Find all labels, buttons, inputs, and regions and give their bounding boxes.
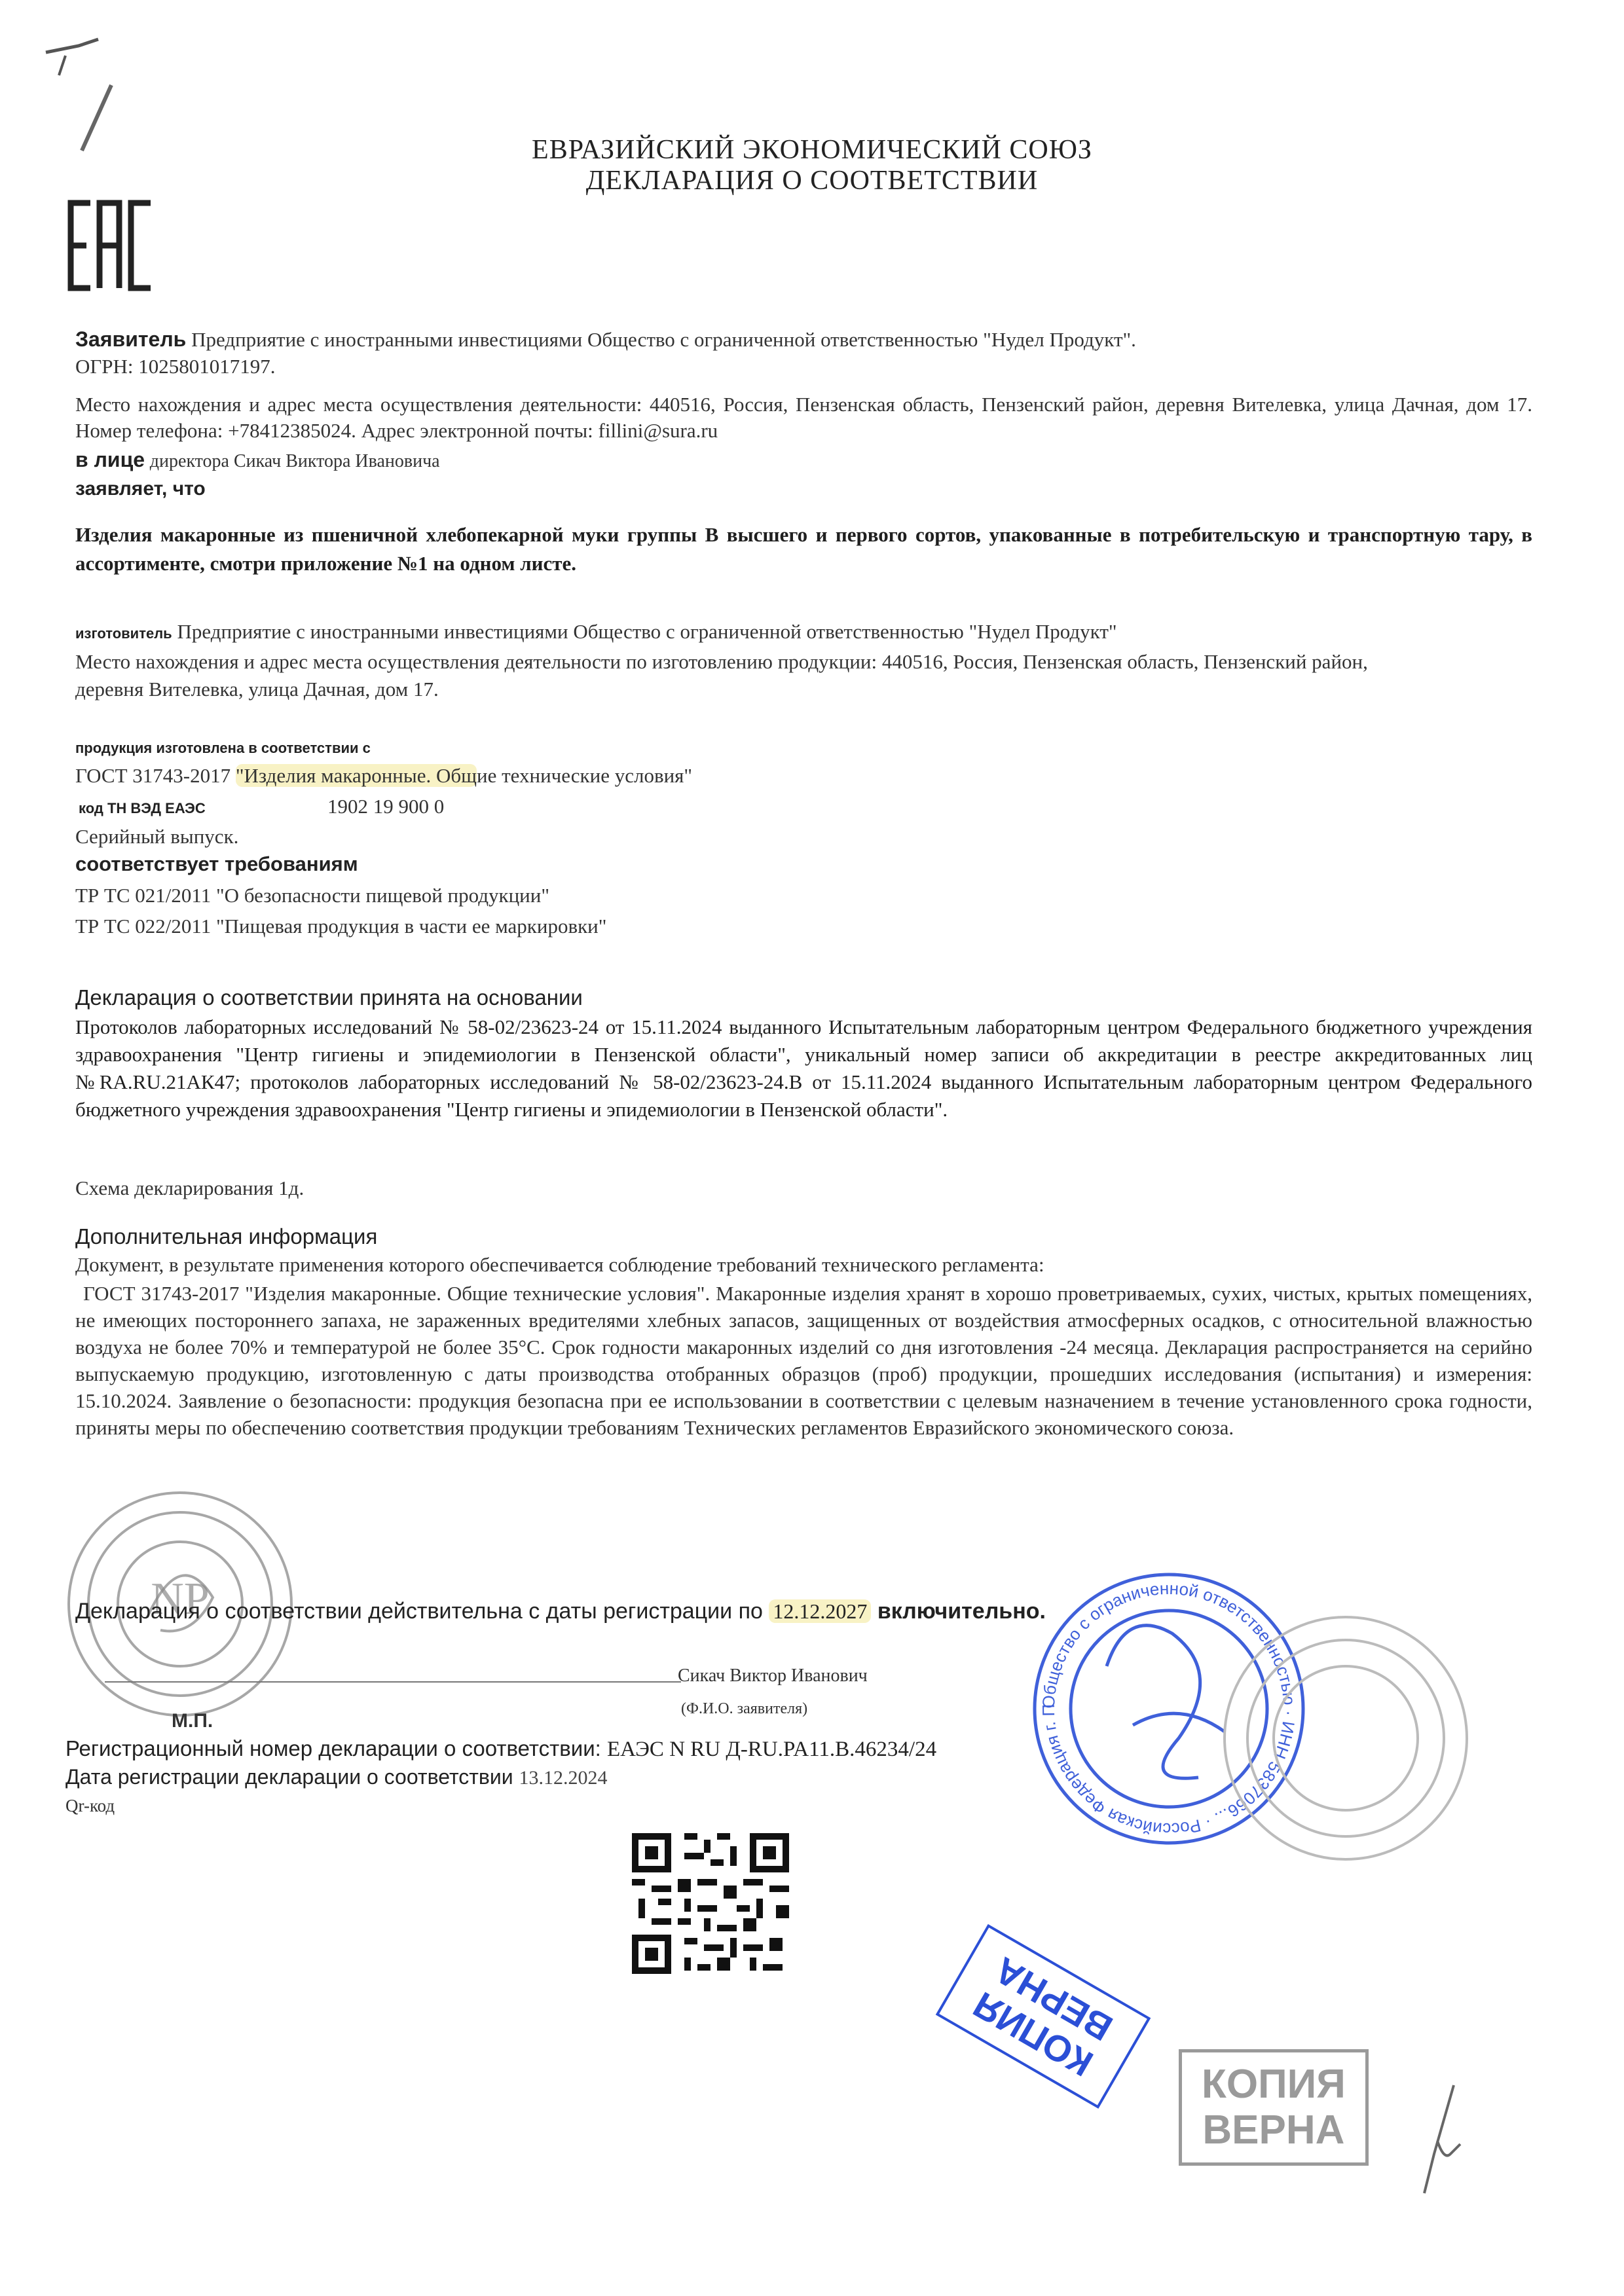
eac-logo-icon xyxy=(65,196,157,295)
document-title: ДЕКЛАРАЦИЯ О СООТВЕТСТВИИ xyxy=(0,165,1624,196)
validity-line: Декларация о соответствии действительна … xyxy=(75,1599,1046,1624)
union-title: ЕВРАЗИЙСКИЙ ЭКОНОМИЧЕСКИЙ СОЮЗ xyxy=(0,134,1624,166)
gost-line: ГОСТ 31743-2017 "Изделия макаронные. Общ… xyxy=(75,763,692,789)
additional-intro: Документ, в результате применения которо… xyxy=(75,1252,1044,1278)
qr-code-icon[interactable] xyxy=(632,1833,789,1974)
company-seal-gray-right-icon xyxy=(1218,1611,1473,1866)
copy-stamp-gray-line1: КОПИЯ xyxy=(1202,2062,1346,2107)
applicant-label: Заявитель xyxy=(75,327,186,351)
manufacturer-name: Предприятие с иностранными инвестициями … xyxy=(177,620,1116,643)
manufacturer-label: изготовитель xyxy=(75,625,172,642)
additional-text: ГОСТ 31743-2017 "Изделия макаронные. Общ… xyxy=(75,1280,1532,1441)
registration-date-label: Дата регистрации декларации о соответств… xyxy=(65,1765,513,1789)
tn-ved-code: 1902 19 900 0 xyxy=(327,793,444,820)
manufacturer-address: Место нахождения и адрес места осуществл… xyxy=(75,648,1437,703)
handwritten-signature-icon xyxy=(1408,2082,1473,2200)
applicant-person-row: в лице директора Сикач Виктора Ивановича xyxy=(75,446,440,475)
validity-suffix: включительно. xyxy=(871,1599,1046,1624)
gost-title-rest: ие технические условия" xyxy=(477,764,692,787)
copy-certified-stamp-blue: КОПИЯ ВЕРНА xyxy=(936,1924,1151,2109)
declaration-scheme: Схема декларирования 1д. xyxy=(75,1175,304,1201)
signatory-name: Сикач Виктор Иванович xyxy=(678,1663,868,1689)
applicant-ogrn: ОГРН: 1025801017197. xyxy=(75,354,276,380)
product-description: Изделия макаронные из пшеничной хлебопек… xyxy=(75,520,1532,578)
release-type: Серийный выпуск. xyxy=(75,824,238,850)
registration-date-row: Дата регистрации декларации о соответств… xyxy=(65,1765,608,1789)
applicant-address: Место нахождения и адрес места осуществл… xyxy=(75,392,1532,444)
standard-label: продукция изготовлена в соответствии с xyxy=(75,740,371,757)
person-label: в лице xyxy=(75,448,145,471)
manufacturer-block: изготовитель Предприятие с иностранными … xyxy=(75,619,1503,647)
validity-prefix: Декларация о соответствии действительна … xyxy=(75,1599,769,1624)
signature-line xyxy=(105,1681,681,1683)
seal-placeholder-label: М.П. xyxy=(172,1710,213,1732)
requirement-item: ТР ТС 021/2011 "О безопасности пищевой п… xyxy=(75,883,549,909)
gost-number: ГОСТ 31743-2017 xyxy=(75,764,236,787)
applicant-block: Заявитель Предприятие с иностранными инв… xyxy=(75,326,1542,353)
gost-title-highlighted: "Изделия макаронные. Общ xyxy=(236,764,477,787)
basis-text: Протоколов лабораторных исследований № 5… xyxy=(75,1013,1532,1123)
registration-number-label: Регистрационный номер декларации о соотв… xyxy=(65,1736,601,1760)
additional-info-label: Дополнительная информация xyxy=(75,1224,377,1249)
signatory-caption: (Ф.И.О. заявителя) xyxy=(681,1696,807,1722)
declares-label: заявляет, что xyxy=(75,478,206,500)
copy-certified-stamp-gray: КОПИЯ ВЕРНА xyxy=(1179,2049,1369,2166)
applicant-person: директора Сикач Виктора Ивановича xyxy=(150,451,440,471)
requirements-label: соответствует требованиям xyxy=(75,852,358,876)
applicant-name: Предприятие с иностранными инвестициями … xyxy=(191,328,1136,351)
registration-date: 13.12.2024 xyxy=(519,1767,608,1789)
copy-stamp-gray-line2: ВЕРНА xyxy=(1202,2107,1346,2153)
validity-date: 12.12.2027 xyxy=(769,1599,871,1623)
registration-number: ЕАЭС N RU Д-RU.PA11.B.46234/24 xyxy=(607,1738,936,1761)
requirement-item: ТР ТС 022/2011 "Пищевая продукция в част… xyxy=(75,913,606,939)
basis-label: Декларация о соответствии принята на осн… xyxy=(75,985,583,1010)
tn-ved-label: код ТН ВЭД ЕАЭС xyxy=(79,800,206,817)
registration-number-row: Регистрационный номер декларации о соотв… xyxy=(65,1736,936,1762)
qr-label: Qr-код xyxy=(65,1793,115,1819)
